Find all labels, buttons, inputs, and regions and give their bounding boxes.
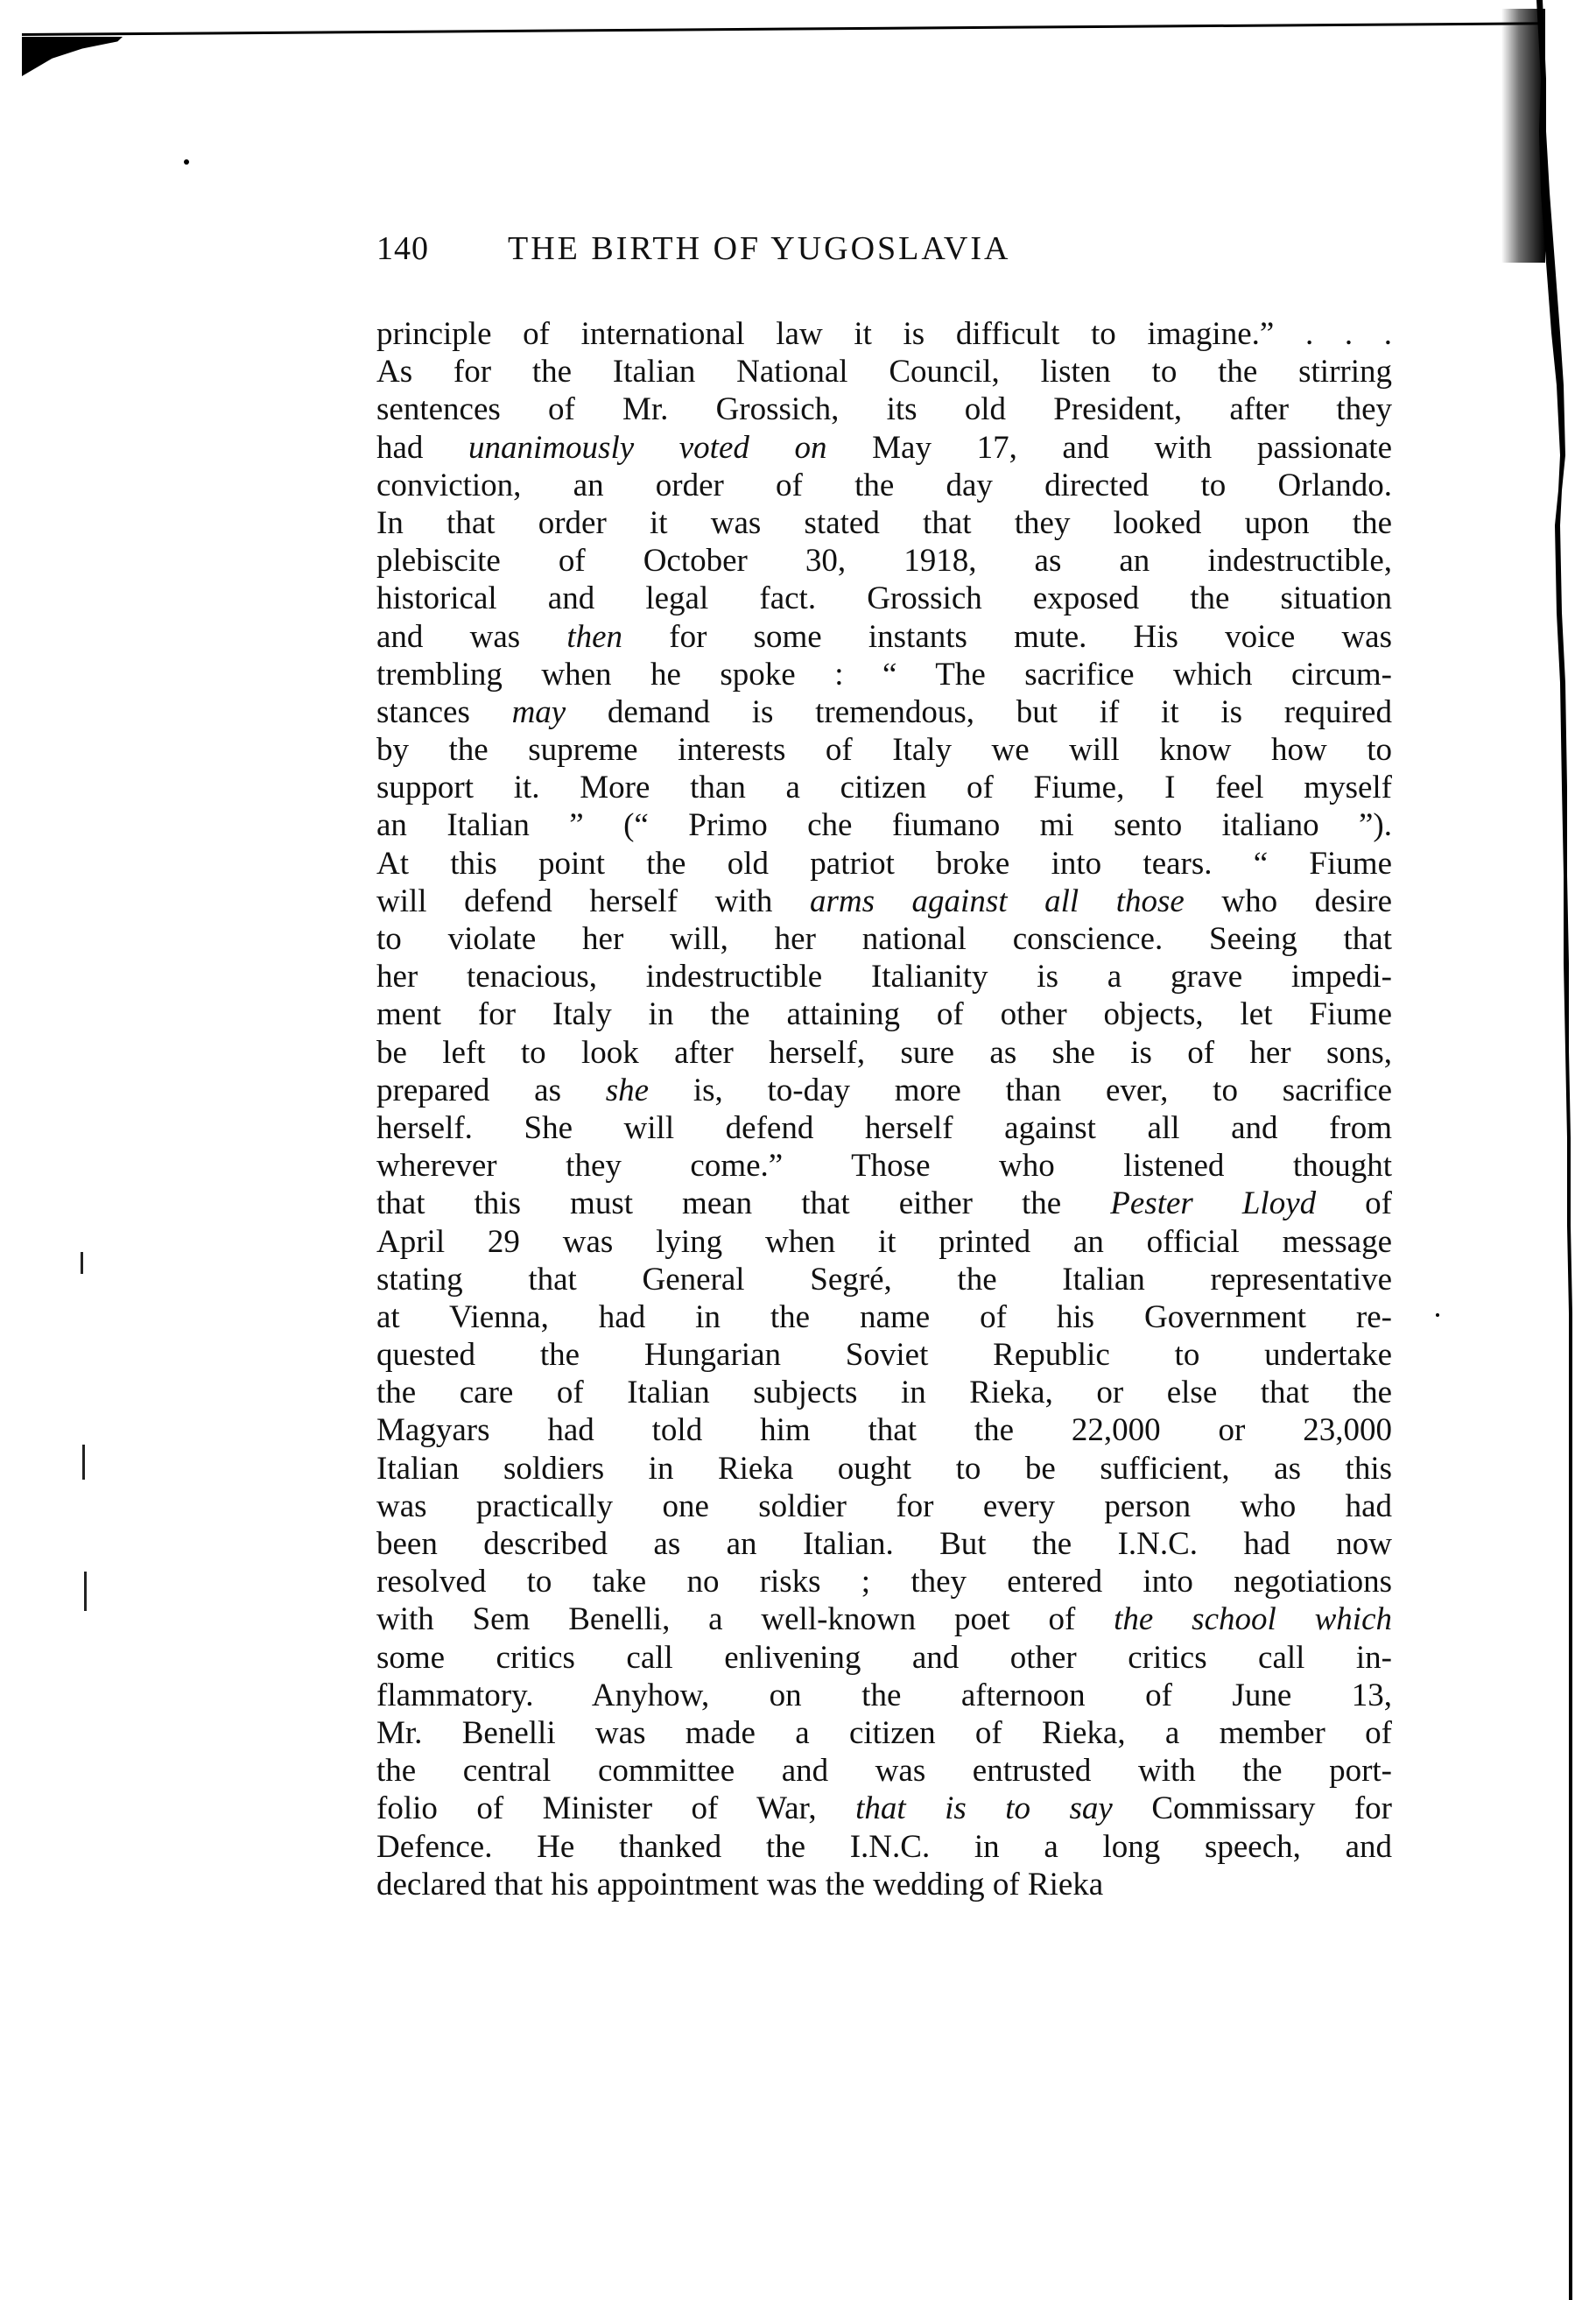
italic-phrase: the school which [1114,1601,1392,1637]
text-run: an Italian ” (“ Primo che fiumano mi sen… [376,807,1392,843]
text-run: some critics call enlivening and other c… [376,1640,1392,1676]
text-run: April 29 was lying when it printed an of… [376,1224,1392,1260]
text-line: wherever they come.” Those who listened … [376,1147,1392,1185]
italic-phrase: arms against all those [810,883,1185,919]
text-line: herself. She will defend herself against… [376,1109,1392,1147]
scan-speck [184,159,189,165]
text-run: At this point the old patriot broke into… [376,846,1392,882]
text-run: who desire [1185,883,1392,919]
text-run: demand is tremendous, but if it is requi… [566,694,1392,730]
scan-speck [1436,1313,1439,1317]
text-line: prepared as she is, to-day more than eve… [376,1072,1392,1109]
text-run: Italian soldiers in Rieka ought to be su… [376,1451,1392,1487]
text-run: resolved to take no risks ; they entered… [376,1564,1392,1600]
italic-phrase: she [606,1073,649,1108]
text-line: an Italian ” (“ Primo che fiumano mi sen… [376,806,1392,844]
text-run: plebiscite of October 30, 1918, as an in… [376,543,1392,579]
text-line: quested the Hungarian Soviet Republic to… [376,1336,1392,1374]
running-head: 140 THE BIRTH OF YUGOSLAVIA [376,229,1392,273]
text-run: herself. She will defend herself against… [376,1110,1392,1146]
italic-phrase: unanimously voted on [468,430,826,466]
text-line: was practically one soldier for every pe… [376,1488,1392,1525]
text-line: As for the Italian National Council, lis… [376,353,1392,390]
text-run: sentences of Mr. Grossich, its old Presi… [376,391,1392,427]
text-line: conviction, an order of the day directed… [376,467,1392,504]
text-run: was practically one soldier for every pe… [376,1488,1392,1524]
page-number: 140 [376,229,429,268]
text-run: at Vienna, had in the name of his Govern… [376,1299,1392,1335]
text-run: Mr. Benelli was made a citizen of Rieka,… [376,1715,1392,1751]
text-run: Defence. He thanked the I.N.C. in a long… [376,1829,1392,1865]
text-line: historical and legal fact. Grossich expo… [376,580,1392,617]
page-top-edge-shadow [22,22,1545,36]
text-run: with Sem Benelli, a well-known poet of [376,1601,1114,1637]
text-run: Commissary for [1113,1790,1392,1826]
scanned-book-page: 140 THE BIRTH OF YUGOSLAVIA principle of… [0,0,1596,2300]
italic-phrase: Pester Lloyd [1110,1185,1316,1221]
text-line: At this point the old patriot broke into… [376,845,1392,883]
text-run: and was [376,619,566,655]
text-line: April 29 was lying when it printed an of… [376,1223,1392,1261]
text-run: the central committee and was entrusted … [376,1753,1392,1789]
text-run: is, to-day more than ever, to sacrifice [649,1073,1392,1108]
text-run: stating that General Segré, the Italian … [376,1262,1392,1298]
text-run: will defend herself with [376,883,810,919]
text-run: Magyars had told him that the 22,000 or … [376,1412,1392,1448]
margin-mark [82,1445,85,1480]
text-line: the central committee and was entrusted … [376,1752,1392,1790]
text-run: had [376,430,468,466]
text-line: Italian soldiers in Rieka ought to be su… [376,1450,1392,1488]
text-line: Magyars had told him that the 22,000 or … [376,1411,1392,1449]
text-line: by the supreme interests of Italy we wil… [376,731,1392,769]
text-run: trembling when he spoke : “ The sacrific… [376,657,1392,693]
text-line: sentences of Mr. Grossich, its old Presi… [376,390,1392,428]
text-line: been described as an Italian. But the I.… [376,1525,1392,1563]
text-run: declared that his appointment was the we… [376,1867,1103,1903]
text-run: folio of Minister of War, [376,1790,855,1826]
text-line: flammatory. Anyhow, on the afternoon of … [376,1677,1392,1714]
page-corner-shadow [22,37,123,76]
text-run: of [1316,1185,1392,1221]
text-run: quested the Hungarian Soviet Republic to… [376,1337,1392,1373]
text-line: ment for Italy in the attaining of other… [376,995,1392,1033]
text-run: stances [376,694,512,730]
text-line: Defence. He thanked the I.N.C. in a long… [376,1828,1392,1866]
text-line: Mr. Benelli was made a citizen of Rieka,… [376,1714,1392,1752]
italic-phrase: may [512,694,566,730]
text-line: will defend herself with arms against al… [376,883,1392,920]
text-line: In that order it was stated that they lo… [376,504,1392,542]
text-line: folio of Minister of War, that is to say… [376,1790,1392,1827]
body-text: principle of international law it is dif… [376,315,1392,1903]
text-line: plebiscite of October 30, 1918, as an in… [376,542,1392,580]
text-run: wherever they come.” Those who listened … [376,1148,1392,1184]
text-line: resolved to take no risks ; they entered… [376,1563,1392,1600]
text-run: the care of Italian subjects in Rieka, o… [376,1375,1392,1410]
text-run: that this must mean that either the [376,1185,1110,1221]
text-run: ment for Italy in the attaining of other… [376,996,1392,1032]
italic-phrase: that is to say [855,1790,1113,1826]
text-run: support it. More than a citizen of Fiume… [376,770,1392,805]
margin-mark [84,1572,87,1611]
text-run: to violate her will, her national consci… [376,921,1392,957]
text-line: with Sem Benelli, a well-known poet of t… [376,1600,1392,1638]
text-run: historical and legal fact. Grossich expo… [376,580,1392,616]
text-run: prepared as [376,1073,606,1108]
text-line: stating that General Segré, the Italian … [376,1261,1392,1298]
text-run: As for the Italian National Council, lis… [376,354,1392,390]
text-run: for some instants mute. His voice was [622,619,1392,655]
text-run: flammatory. Anyhow, on the afternoon of … [376,1678,1392,1713]
text-run: been described as an Italian. But the I.… [376,1526,1392,1562]
text-line: to violate her will, her national consci… [376,920,1392,958]
italic-phrase: then [566,619,622,655]
text-line: and was then for some instants mute. His… [376,618,1392,656]
text-line: trembling when he spoke : “ The sacrific… [376,656,1392,693]
text-line: some critics call enlivening and other c… [376,1639,1392,1677]
text-run: conviction, an order of the day directed… [376,468,1392,503]
text-run: by the supreme interests of Italy we wil… [376,732,1392,768]
text-line: the care of Italian subjects in Rieka, o… [376,1374,1392,1411]
text-line: stances may demand is tremendous, but if… [376,693,1392,731]
text-line: at Vienna, had in the name of his Govern… [376,1298,1392,1336]
text-line: be left to look after herself, sure as s… [376,1034,1392,1072]
text-run: May 17, and with passionate [827,430,1392,466]
text-run: In that order it was stated that they lo… [376,505,1392,541]
text-run: her tenacious, indestructible Italianity… [376,959,1392,995]
text-run: principle of international law it is dif… [376,316,1392,352]
text-line: that this must mean that either the Pest… [376,1185,1392,1222]
text-line: her tenacious, indestructible Italianity… [376,958,1392,995]
text-line: principle of international law it is dif… [376,315,1392,353]
text-line: declared that his appointment was the we… [376,1866,1392,1903]
running-title: THE BIRTH OF YUGOSLAVIA [508,229,1010,268]
text-run: be left to look after herself, sure as s… [376,1035,1392,1071]
text-line: had unanimously voted on May 17, and wit… [376,429,1392,467]
text-line: support it. More than a citizen of Fiume… [376,769,1392,806]
margin-mark [81,1252,83,1274]
